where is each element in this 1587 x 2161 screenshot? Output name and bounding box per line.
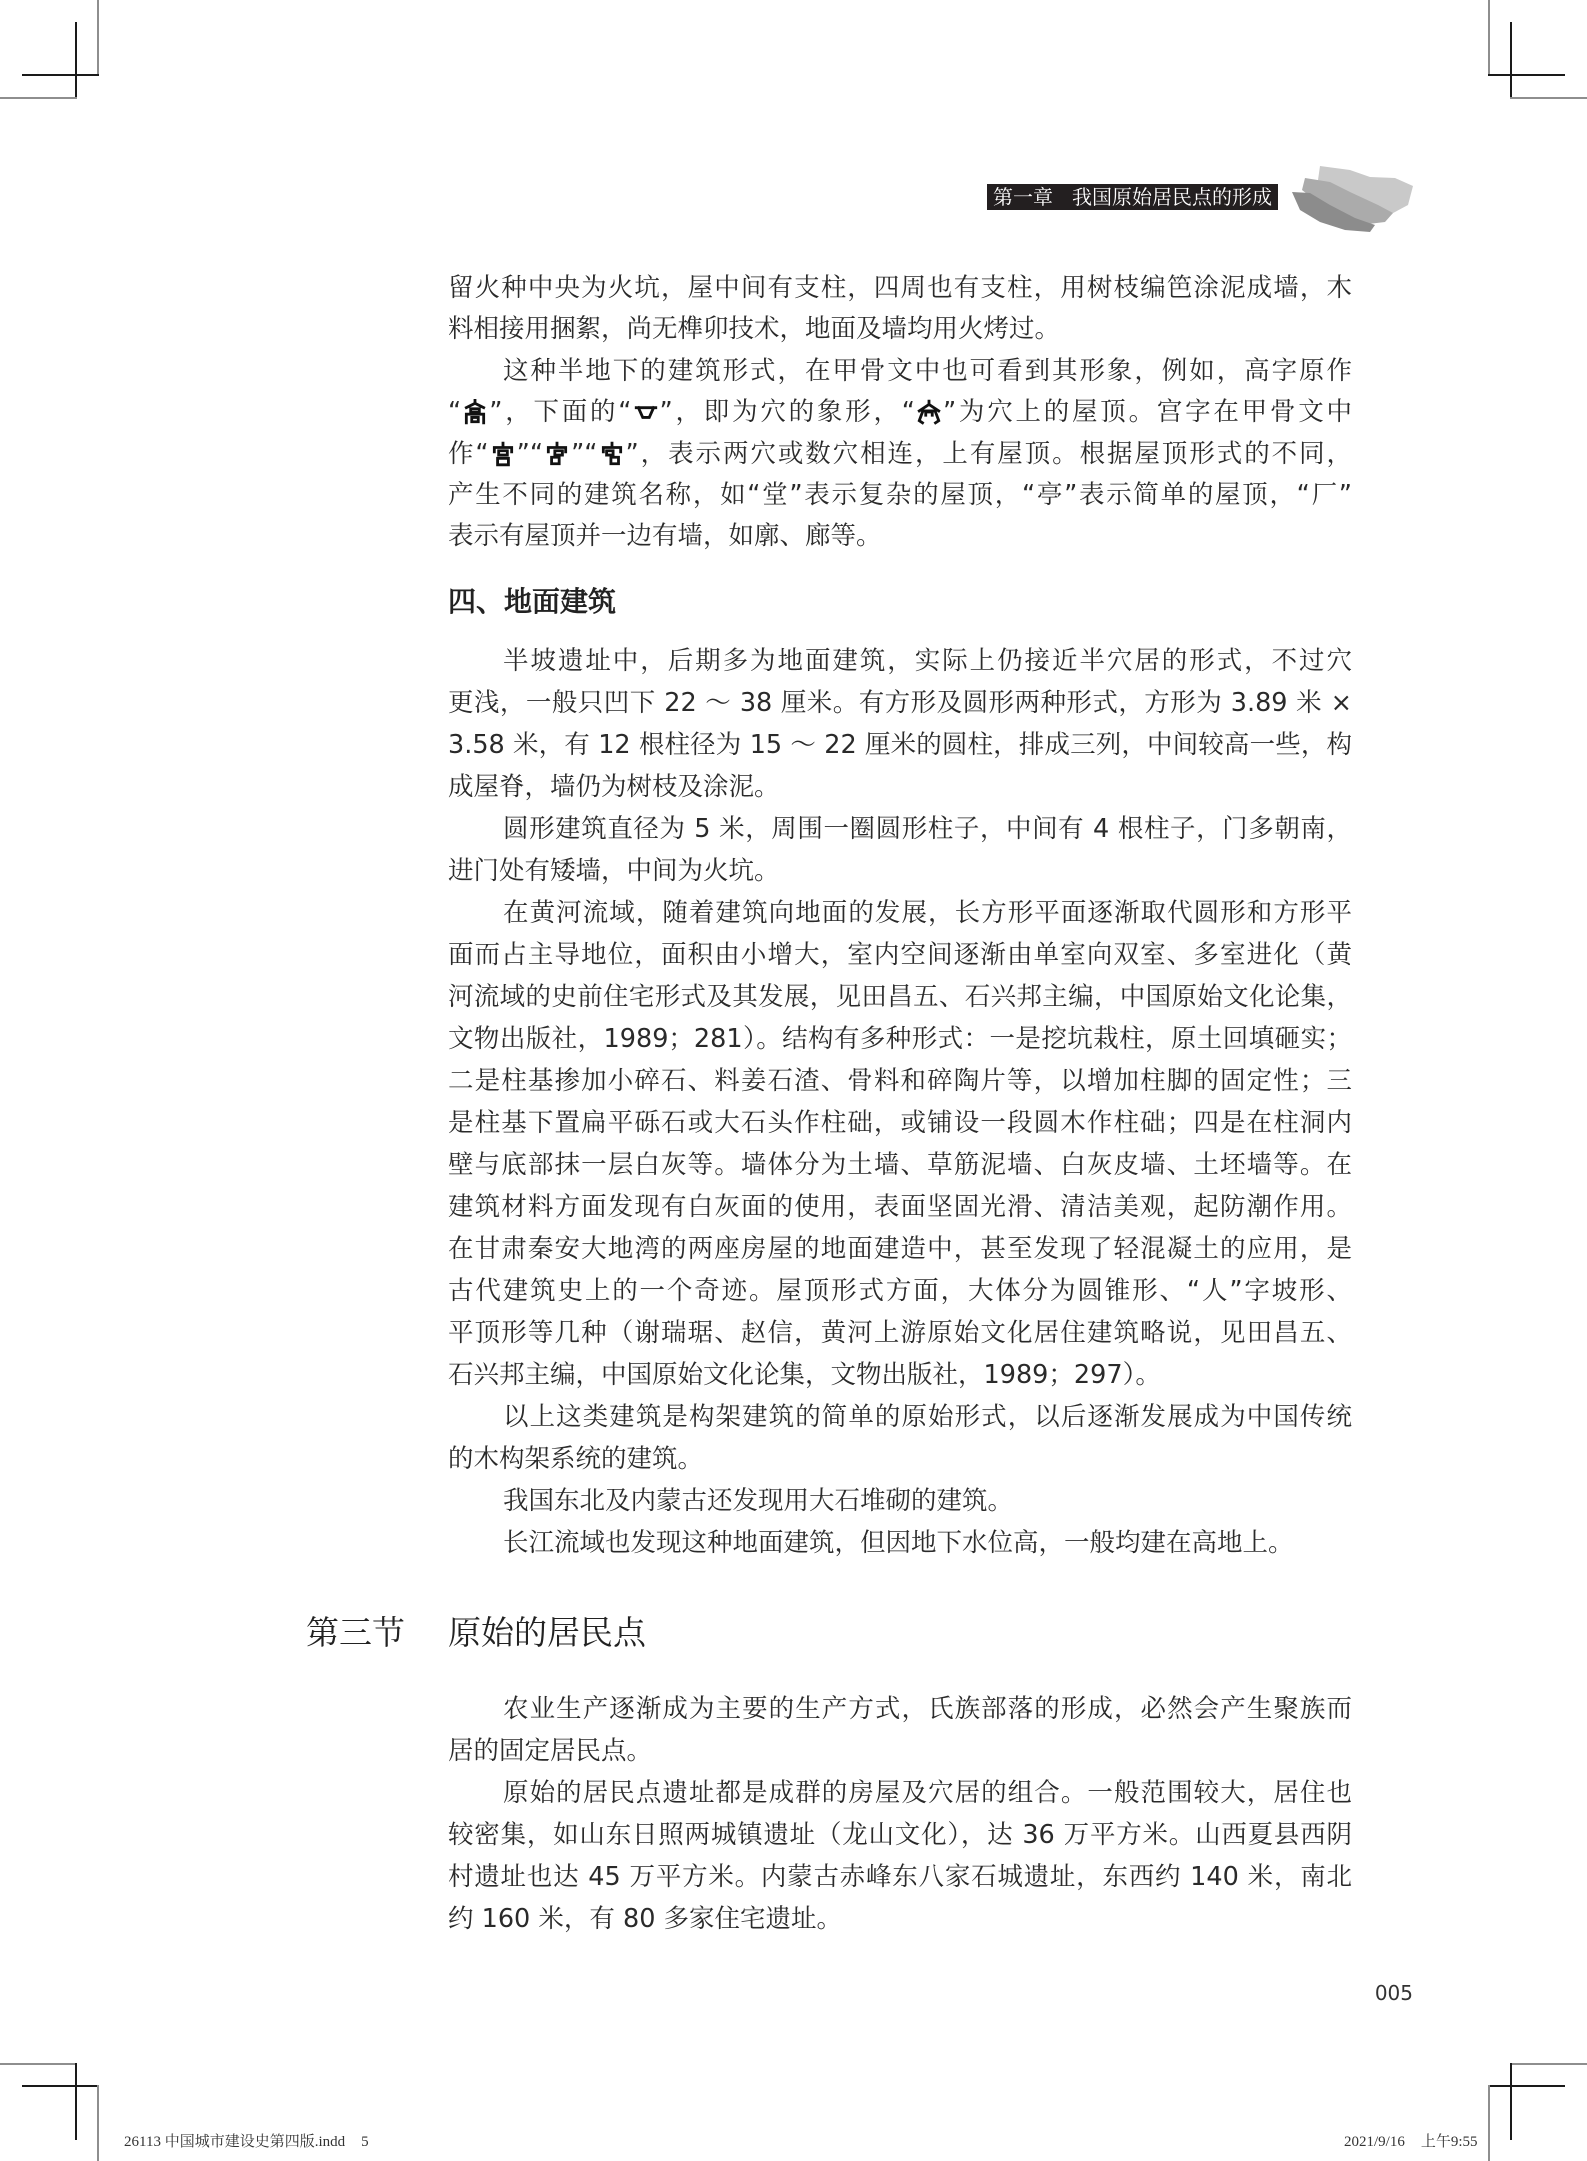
text-line: 河流域的史前住宅形式及其发展，见田昌五、石兴邦主编，中国原始文化论集， — [448, 976, 1352, 1018]
text-line: 在黄河流域，随着建筑向地面的发展，长方形平面逐渐取代圆形和方形平 — [448, 892, 1352, 934]
text-segment: ”为穴上的屋顶。宫字在甲骨文中 — [943, 397, 1352, 427]
running-header: 第一章 我国原始居民点的形成 — [987, 184, 1278, 210]
chapter-title: 我国原始居民点的形成 — [1072, 184, 1272, 210]
text-line-with-glyphs: “”，下面的“”，即为穴的象形，“”为穴上的屋顶。宫字在甲骨文中 — [448, 392, 1352, 433]
slug-sheet-number: 5 — [361, 2134, 369, 2150]
text-segment: ”，即为穴的象形，“ — [660, 397, 915, 427]
page-number: 005 — [1375, 1980, 1413, 2006]
brush-stroke-decoration-icon — [1288, 163, 1416, 235]
section-heading: 第三节 原始的居民点 — [306, 1608, 405, 1658]
crop-mark — [1488, 0, 1490, 76]
text-line: 居的固定居民点。 — [448, 1730, 1352, 1772]
text-line: 产生不同的建筑名称，如“堂”表示复杂的屋顶，“亭”表示简单的屋顶，“厂” — [448, 475, 1352, 516]
text-line: 留火种中央为火坑，屋中间有支柱，四周也有支柱，用树枝编笆涂泥成墙，木 — [448, 268, 1352, 309]
text-line: 村遗址也达 45 万平方米。内蒙古赤峰东八家石城遗址，东西约 140 米，南北 — [448, 1856, 1352, 1898]
crop-mark — [97, 0, 99, 76]
text-line: 农业生产逐渐成为主要的生产方式，氏族部落的形成，必然会产生聚族而 — [448, 1688, 1352, 1730]
text-line: 以上这类建筑是构架建筑的简单的原始形式，以后逐渐发展成为中国传统 — [448, 1396, 1352, 1438]
text-line: 壁与底部抹一层白灰等。墙体分为土墙、草筋泥墙、白灰皮墙、土坯墙等。在 — [448, 1144, 1352, 1186]
section-number: 第三节 — [306, 1613, 405, 1652]
continuation-text: 留火种中央为火坑，屋中间有支柱，四周也有支柱，用树枝编笆涂泥成墙，木 料相接用捆… — [448, 268, 1352, 558]
paragraph: 农业生产逐渐成为主要的生产方式，氏族部落的形成，必然会产生聚族而 居的固定居民点… — [448, 1688, 1352, 1772]
text-line-with-glyphs: 作“”“”“”，表示两穴或数穴相连，上有屋顶。根据屋顶形式的不同， — [448, 434, 1352, 475]
section-title: 原始的居民点 — [448, 1608, 646, 1658]
text-segment: 作“ — [448, 439, 489, 469]
oracle-gao-glyph-icon — [462, 399, 488, 425]
crop-mark — [1510, 97, 1587, 99]
crop-mark — [1510, 2063, 1587, 2065]
crop-mark — [1488, 74, 1565, 76]
oracle-gong-glyph-icon — [490, 441, 516, 467]
text-line: 成屋脊，墙仍为树枝及涂泥。 — [448, 766, 1352, 808]
print-slug-timestamp: 2021/9/16上午9:55 — [1344, 2131, 1478, 2153]
paragraph: 以上这类建筑是构架建筑的简单的原始形式，以后逐渐发展成为中国传统 的木构架系统的… — [448, 1396, 1352, 1480]
paragraph: 半坡遗址中，后期多为地面建筑，实际上仍接近半穴居的形式，不过穴 更浅，一般只凹下… — [448, 640, 1352, 808]
slug-time: 上午9:55 — [1421, 2134, 1478, 2150]
subsection-text: 半坡遗址中，后期多为地面建筑，实际上仍接近半穴居的形式，不过穴 更浅，一般只凹下… — [448, 640, 1352, 1564]
text-line: 在甘肃秦安大地湾的两座房屋的地面建造中，甚至发现了轻混凝土的应用，是 — [448, 1228, 1352, 1270]
crop-mark — [1488, 2085, 1490, 2161]
paragraph: 圆形建筑直径为 5 米，周围一圈圆形柱子，中间有 4 根柱子，门多朝南， 进门处… — [448, 808, 1352, 892]
chapter-number: 第一章 — [993, 184, 1053, 210]
text-segment: ”，表示两穴或数穴相连，上有屋顶。根据屋顶形式的不同， — [626, 439, 1353, 469]
text-line: 更浅，一般只凹下 22 ～ 38 厘米。有方形及圆形两种形式，方形为 3.89 … — [448, 682, 1352, 724]
text-line: 我国东北及内蒙古还发现用大石堆砌的建筑。 — [448, 1480, 1352, 1522]
oracle-gong-glyph-icon — [544, 441, 570, 467]
paragraph: 原始的居民点遗址都是成群的房屋及穴居的组合。一般范围较大，居住也 较密集，如山东… — [448, 1772, 1352, 1940]
paragraph: 长江流域也发现这种地面建筑，但因地下水位高，一般均建在高地上。 — [448, 1522, 1352, 1564]
text-line: 面而占主导地位，面积由小增大，室内空间逐渐由单室向双室、多室进化（黄 — [448, 934, 1352, 976]
crop-mark — [1510, 22, 1512, 99]
crop-mark — [1510, 2063, 1512, 2140]
crop-mark — [0, 2063, 77, 2065]
slug-date: 2021/9/16 — [1344, 2134, 1405, 2150]
text-line: 圆形建筑直径为 5 米，周围一圈圆形柱子，中间有 4 根柱子，门多朝南， — [448, 808, 1352, 850]
print-slug-file: 26113 中国城市建设史第四版.indd5 — [124, 2131, 369, 2153]
text-line: 是柱基下置扁平砾石或大石头作柱础，或铺设一段圆木作柱础；四是在柱洞内 — [448, 1102, 1352, 1144]
crop-mark — [1488, 2085, 1565, 2087]
slug-file-name: 26113 中国城市建设史第四版.indd — [124, 2134, 345, 2150]
text-line: 料相接用捆絮，尚无榫卯技术，地面及墙均用火烤过。 — [448, 309, 1352, 350]
paragraph: 在黄河流域，随着建筑向地面的发展，长方形平面逐渐取代圆形和方形平 面而占主导地位… — [448, 892, 1352, 1396]
paragraph: 留火种中央为火坑，屋中间有支柱，四周也有支柱，用树枝编笆涂泥成墙，木 料相接用捆… — [448, 268, 1352, 351]
text-segment: ”“ — [571, 439, 597, 469]
text-line: 半坡遗址中，后期多为地面建筑，实际上仍接近半穴居的形式，不过穴 — [448, 640, 1352, 682]
text-line: 这种半地下的建筑形式，在甲骨文中也可看到其形象，例如，高字原作 — [448, 351, 1352, 392]
text-line: 3.58 米，有 12 根柱径为 15 ～ 22 厘米的圆柱，排成三列，中间较高… — [448, 724, 1352, 766]
text-line: 建筑材料方面发现有白灰面的使用，表面坚固光滑、清洁美观，起防潮作用。 — [448, 1186, 1352, 1228]
paragraph: 我国东北及内蒙古还发现用大石堆砌的建筑。 — [448, 1480, 1352, 1522]
text-line: 较密集，如山东日照两城镇遗址（龙山文化），达 36 万平方米。山西夏县西阴 — [448, 1814, 1352, 1856]
text-line: 约 160 米，有 80 多家住宅遗址。 — [448, 1898, 1352, 1940]
oracle-xue-glyph-icon — [633, 399, 659, 425]
section-text: 农业生产逐渐成为主要的生产方式，氏族部落的形成，必然会产生聚族而 居的固定居民点… — [448, 1688, 1352, 1940]
crop-mark — [75, 22, 77, 99]
crop-mark — [0, 97, 77, 99]
text-line: 文物出版社，1989；281）。结构有多种形式：一是挖坑栽柱，原土回填砸实； — [448, 1018, 1352, 1060]
text-line: 进门处有矮墙，中间为火坑。 — [448, 850, 1352, 892]
oracle-roof-glyph-icon — [916, 399, 942, 425]
text-segment: ”，下面的“ — [489, 397, 631, 427]
text-segment: “ — [448, 397, 461, 427]
text-line: 表示有屋顶并一边有墙，如廓、廊等。 — [448, 516, 1352, 557]
text-line: 的木构架系统的建筑。 — [448, 1438, 1352, 1480]
text-line: 原始的居民点遗址都是成群的房屋及穴居的组合。一般范围较大，居住也 — [448, 1772, 1352, 1814]
text-line: 石兴邦主编，中国原始文化论集，文物出版社，1989；297）。 — [448, 1354, 1352, 1396]
text-segment: ”“ — [517, 439, 543, 469]
subsection-heading: 四、地面建筑 — [448, 581, 616, 623]
text-line: 古代建筑史上的一个奇迹。屋顶形式方面，大体分为圆锥形、“人”字坡形、 — [448, 1270, 1352, 1312]
crop-mark — [75, 2063, 77, 2140]
text-line: 长江流域也发现这种地面建筑，但因地下水位高，一般均建在高地上。 — [448, 1522, 1352, 1564]
oracle-gong-glyph-icon — [599, 441, 625, 467]
crop-mark — [97, 2085, 99, 2161]
text-line: 平顶形等几种（谢瑞琚、赵信，黄河上游原始文化居住建筑略说，见田昌五、 — [448, 1312, 1352, 1354]
crop-mark — [22, 2085, 99, 2087]
crop-mark — [22, 74, 99, 76]
text-line: 二是柱基掺加小碎石、料姜石渣、骨料和碎陶片等，以增加柱脚的固定性；三 — [448, 1060, 1352, 1102]
paragraph: 这种半地下的建筑形式，在甲骨文中也可看到其形象，例如，高字原作 “”，下面的“”… — [448, 351, 1352, 558]
